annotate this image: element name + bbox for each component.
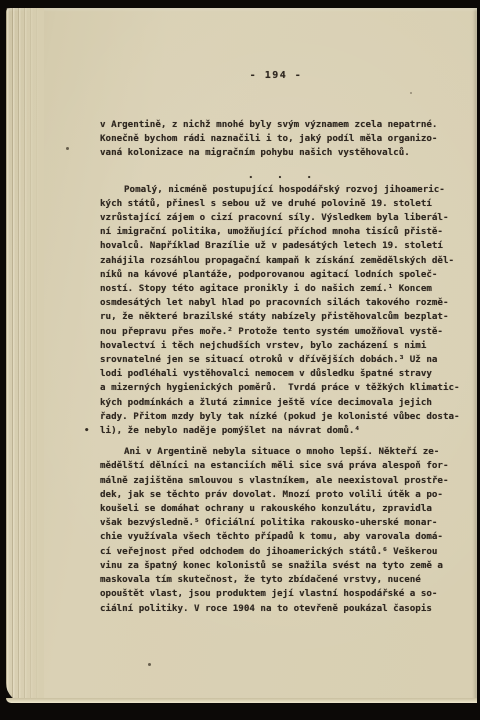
text-line: maskovala tím skutečnost, že tyto zbídač… [100,573,460,587]
text-line: li), že nebylo naděje pomýšlet na návrat… [100,424,460,438]
text-line: vinu za špatný konec kolonistů se snažil… [100,559,460,573]
text-line: koušeli se domáhat ochrany u rakouského … [100,502,460,516]
page-number: - 194 - [100,70,452,81]
text-block: v Argentině, z nichž mnohé byly svým výz… [100,118,460,616]
text-line: ru, že některé brazilské státy nabízely … [100,310,460,324]
text-line: a mizerných hygienických poměrů. Tvrdá p… [100,381,460,395]
text-line: však bezvýsledně.⁵ Oficiální politika ra… [100,516,460,530]
section-separator: . . . [100,168,460,182]
text-line: málně zajištěna smlouvou s vlastníkem, a… [100,474,460,488]
text-line: opouštět vlast, jsou produktem její vlas… [100,587,460,601]
page-edge-stack [6,8,44,703]
text-line: dek, jak se těchto práv dovolat. Mnozí p… [100,488,460,502]
text-line: kých podmínkách a žlutá zimnice ještě ví… [100,396,460,410]
book-page: - 194 - v Argentině, z nichž mnohé byly … [6,8,477,703]
scanned-book-photo: - 194 - v Argentině, z nichž mnohé byly … [0,0,480,720]
text-line: kých států, přinesl s sebou už ve druhé … [100,197,460,211]
paragraph-brazil: Pomalý, nicméně postupující hospodářský … [100,183,460,439]
text-line: hovalců. Například Brazílie už v padesát… [100,239,460,253]
paragraph-argentina: Ani v Argentině nebyla situace o mnoho l… [100,445,460,615]
text-line: nou přepravu přes moře.² Protože tento s… [100,325,460,339]
text-line: Ani v Argentině nebyla situace o mnoho l… [100,445,460,459]
text-line: mědělští dělníci na estanciích měli sice… [100,459,460,473]
text-line: níků na kávové plantáže, podporovanou ag… [100,268,460,282]
text-line: Pomalý, nicméně postupující hospodářský … [100,183,460,197]
text-line: Konečně bychom rádi naznačili i to, jaký… [100,132,460,146]
paper-speck [148,663,151,666]
text-line: hovalectví i těch nejchudších vrstev, by… [100,339,460,353]
text-line: cí veřejnost před odchodem do jihoameric… [100,545,460,559]
text-line: v Argentině, z nichž mnohé byly svým výz… [100,118,460,132]
paper-speck [410,92,412,94]
text-line: řady. Přitom mzdy byly tak nízké (pokud … [100,410,460,424]
text-line: osmdesátých let nabyl hlad po pracovních… [100,296,460,310]
margin-mark: • [84,426,89,436]
text-line: lodi podléhali vystěhovalci nemocem v dů… [100,367,460,381]
text-line: chie využívala všech těchto případů k to… [100,530,460,544]
paper-speck [66,147,69,150]
text-line: zahájila rozsáhlou propagační kampaň k z… [100,254,460,268]
paragraph-intro-continuation: v Argentině, z nichž mnohé byly svým výz… [100,118,460,161]
text-line: ní imigrační politika, umožňující přícho… [100,225,460,239]
text-line: vzrůstající zájem o cizí pracovní síly. … [100,211,460,225]
text-line: ností. Stopy této agitace pronikly i do … [100,282,460,296]
text-line: srovnatelné jen se situací otroků v dřív… [100,353,460,367]
text-line: vaná kolonizace na migračním pohybu naši… [100,146,460,160]
text-line: ciální politiky. V roce 1904 na to otevř… [100,602,460,616]
